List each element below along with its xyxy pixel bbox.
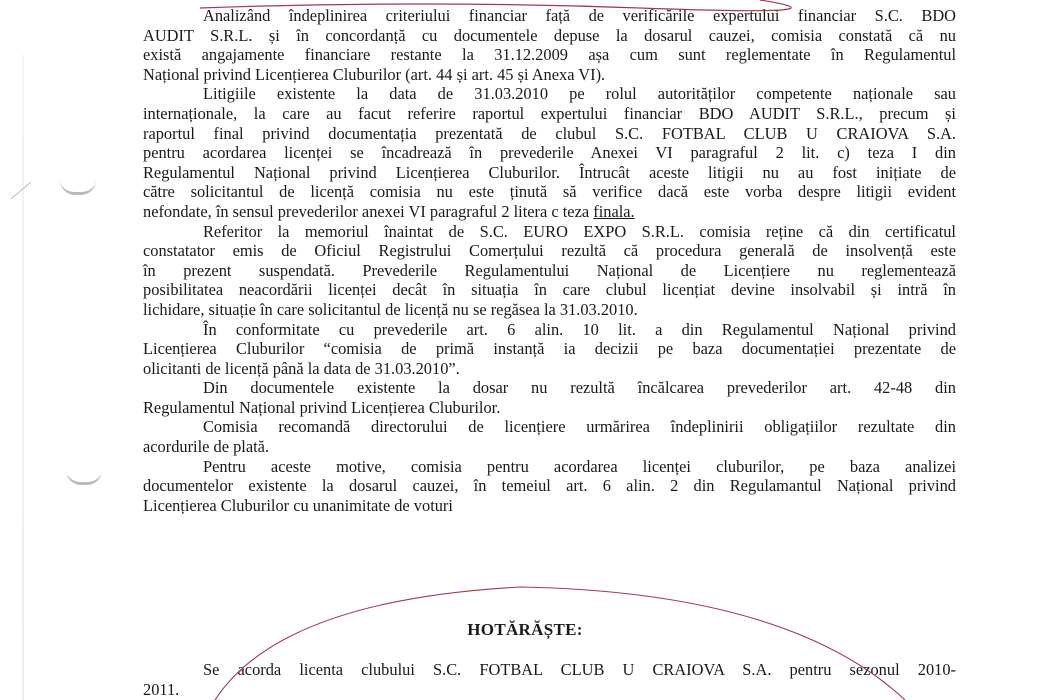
text-line: documentelor existente la dosarul cauzei…	[143, 476, 956, 496]
paragraph: Referitor la memoriul înaintat de S.C. E…	[143, 222, 956, 320]
text-line: Litigiile existente la data de 31.03.201…	[143, 84, 956, 104]
paragraph: Comisia recomandă directorului de licenț…	[143, 417, 956, 456]
decision-line: 2011.	[143, 680, 956, 700]
text-line: Regulamentul Național privind Licențiere…	[143, 163, 956, 183]
text-line: Referitor la memoriul înaintat de S.C. E…	[143, 222, 956, 242]
text-line: către solicitantul de licență comisia nu…	[143, 182, 956, 202]
margin-shadow	[22, 55, 24, 700]
text-line: Din documentele existente la dosar nu re…	[143, 378, 956, 398]
paragraph: Pentru aceste motive, comisia pentru aco…	[143, 457, 956, 516]
text-line: Pentru aceste motive, comisia pentru aco…	[143, 457, 956, 477]
text-line: Licențierea Cluburilor “comisia de primă…	[143, 339, 956, 359]
text-line: În conformitate cu prevederile art. 6 al…	[143, 320, 956, 340]
scanned-page: Analizând îndeplinirea criteriului finan…	[0, 0, 1050, 700]
text-line: Regulamentul Național privind Licențiere…	[143, 398, 956, 418]
punch-hole-mark	[66, 470, 102, 485]
paragraph: Analizând îndeplinirea criteriului finan…	[143, 6, 956, 84]
text-line: Analizând îndeplinirea criteriului finan…	[143, 6, 956, 26]
decision-text: Se acorda licenta clubului S.C. FOTBAL C…	[143, 660, 956, 700]
scan-artifact	[11, 182, 32, 199]
document-body: Analizând îndeplinirea criteriului finan…	[143, 6, 956, 515]
text-line: olicitanti de licență până la data de 31…	[143, 359, 956, 379]
text-line: Licențierea Cluburilor cu unanimitate de…	[143, 496, 956, 516]
text-line: există angajamente financiare restante l…	[143, 45, 956, 65]
text-line: raportul final privind documentația prez…	[143, 124, 956, 144]
text-line: nefondate, în sensul prevederilor anexei…	[143, 202, 956, 222]
punch-hole-mark	[60, 180, 96, 195]
text-line: internaționale, la care au facut referir…	[143, 104, 956, 124]
decision-heading: HOTĂRĂȘTE:	[0, 620, 1050, 640]
text-line: constatator emis de Oficiul Registrului …	[143, 241, 956, 261]
decision-line: Se acorda licenta clubului S.C. FOTBAL C…	[143, 660, 956, 680]
paragraph: Litigiile existente la data de 31.03.201…	[143, 84, 956, 221]
text-line: pentru acordarea licenței se încadrează …	[143, 143, 956, 163]
text-line: Național privind Licențierea Cluburilor …	[143, 65, 956, 85]
text-line: acordurile de plată.	[143, 437, 956, 457]
text-line: Comisia recomandă directorului de licenț…	[143, 417, 956, 437]
text-line: lichidare, situație în care solicitantul…	[143, 300, 956, 320]
text-line: posibilitatea neacordării licenței decât…	[143, 280, 956, 300]
underlined-text: finala.	[593, 202, 634, 221]
paragraph: În conformitate cu prevederile art. 6 al…	[143, 320, 956, 379]
text-line: AUDIT S.R.L. și în concordanță cu docume…	[143, 26, 956, 46]
paragraph: Din documentele existente la dosar nu re…	[143, 378, 956, 417]
text-line: în prezent suspendată. Prevederile Regul…	[143, 261, 956, 281]
